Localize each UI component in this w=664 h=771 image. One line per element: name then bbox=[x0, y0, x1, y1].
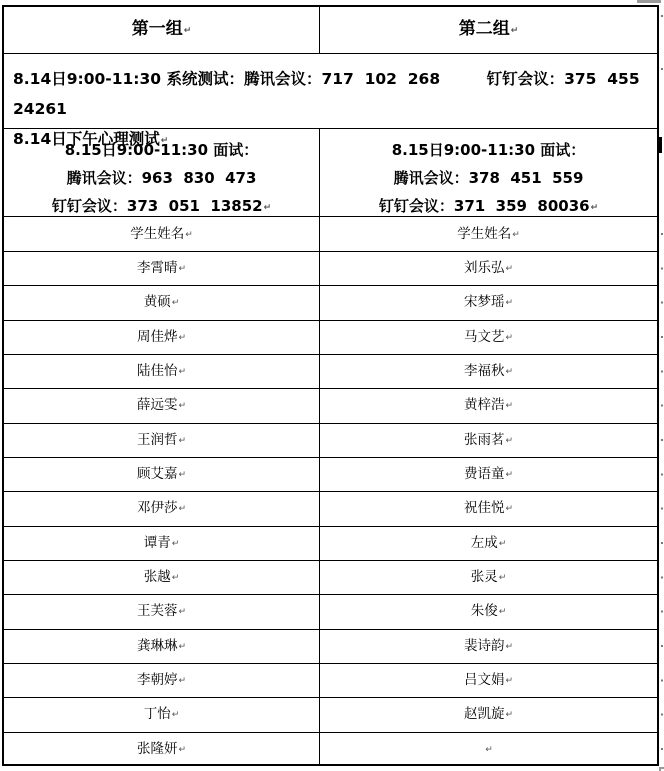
group2-header-cell[interactable]: 第二组↵ bbox=[319, 7, 657, 53]
paragraph-mark-icon: ↵ bbox=[499, 562, 507, 595]
paragraph-mark-icon: ↵ bbox=[172, 287, 180, 320]
student-name-cell[interactable]: 张灵↵ bbox=[319, 561, 657, 594]
student-name-cell[interactable]: 朱俊↵ bbox=[319, 595, 657, 628]
paragraph-mark-icon: ↵ bbox=[178, 631, 186, 664]
paragraph-mark-icon: ↵ bbox=[505, 322, 513, 355]
student-name-cell[interactable]: 裴诗韵↵ bbox=[319, 630, 657, 663]
group-header-row: 第一组↵ 第二组↵ bbox=[4, 7, 657, 53]
student-name-cell[interactable]: 顾艾嘉↵ bbox=[4, 458, 319, 491]
student-name-cell[interactable]: 邓伊莎↵ bbox=[4, 492, 319, 525]
group2-student-header-cell[interactable]: 学生姓名↵ bbox=[319, 217, 657, 251]
student-row: 王芙蓉↵ 朱俊↵ bbox=[4, 594, 657, 628]
group2-meeting-line-2: 腾讯会议：378 451 559 bbox=[320, 164, 657, 192]
paragraph-mark-icon: ↵ bbox=[505, 699, 513, 732]
student-name-cell[interactable]: 宋梦瑶↵ bbox=[319, 286, 657, 319]
paragraph-mark-icon: ↵ bbox=[511, 9, 519, 53]
student-name-cell[interactable]: 马文艺↵ bbox=[319, 321, 657, 354]
end-of-row-mark-icon bbox=[661, 15, 663, 17]
paragraph-mark-icon: ↵ bbox=[505, 425, 513, 458]
student-row: 张越↵ 张灵↵ bbox=[4, 560, 657, 594]
student-name-cell[interactable]: 王润哲↵ bbox=[4, 424, 319, 457]
paragraph-mark-icon: ↵ bbox=[512, 218, 520, 252]
student-name-cell[interactable]: 黄硕↵ bbox=[4, 286, 319, 319]
document-page: 第一组↵ 第二组↵ 8.14日9:00-11:30 系统测试：腾讯会议：717 … bbox=[0, 0, 664, 771]
end-of-row-marks bbox=[661, 233, 663, 766]
student-row: 薛远雯↵ 黄梓浩↵ bbox=[4, 388, 657, 422]
paragraph-mark-icon: ↵ bbox=[499, 528, 507, 561]
paragraph-mark-icon: ↵ bbox=[505, 390, 513, 423]
group2-meeting-cell[interactable]: 8.15日9:00-11:30 面试： 腾讯会议：378 451 559 钉钉会… bbox=[319, 129, 657, 216]
student-name-cell[interactable]: 周佳烨↵ bbox=[4, 321, 319, 354]
student-row: 李霄晴↵ 刘乐弘↵ bbox=[4, 251, 657, 285]
paragraph-mark-icon: ↵ bbox=[178, 356, 186, 389]
paragraph-mark-icon: ↵ bbox=[499, 596, 507, 629]
text-cursor bbox=[659, 137, 662, 153]
scrollbar-stub[interactable] bbox=[637, 0, 661, 3]
student-name-cell[interactable]: 祝佳悦↵ bbox=[319, 492, 657, 525]
paragraph-mark-icon: ↵ bbox=[485, 734, 493, 767]
group2-meeting-line-1: 8.15日9:00-11:30 面试： bbox=[320, 136, 657, 164]
student-row: 王润哲↵ 张雨茗↵ bbox=[4, 423, 657, 457]
student-name-cell[interactable]: 王芙蓉↵ bbox=[4, 595, 319, 628]
student-row: 龚琳琳↵ 裴诗韵↵ bbox=[4, 629, 657, 663]
paragraph-mark-icon: ↵ bbox=[505, 665, 513, 698]
student-name-cell[interactable]: 李霄晴↵ bbox=[4, 252, 319, 285]
student-name-cell[interactable]: 费语童↵ bbox=[319, 458, 657, 491]
student-name-cell[interactable]: 丁怡↵ bbox=[4, 698, 319, 731]
meeting-row: 8.15日9:00-11:30 面试： 腾讯会议：963 830 473 钉钉会… bbox=[4, 128, 657, 216]
notice-line-1: 8.14日9:00-11:30 系统测试：腾讯会议：717 102 268 钉钉… bbox=[4, 54, 657, 124]
paragraph-mark-icon: ↵ bbox=[505, 631, 513, 664]
student-name-cell[interactable]: 张雨茗↵ bbox=[319, 424, 657, 457]
student-row: 周佳烨↵ 马文艺↵ bbox=[4, 320, 657, 354]
student-name-cell[interactable]: 张隆妍↵ bbox=[4, 733, 319, 766]
student-name-cell[interactable]: 李朝婷↵ bbox=[4, 664, 319, 697]
paragraph-mark-icon: ↵ bbox=[178, 425, 186, 458]
group1-header-cell[interactable]: 第一组↵ bbox=[4, 7, 319, 53]
paragraph-mark-icon: ↵ bbox=[184, 9, 192, 53]
student-header-row: 学生姓名↵ 学生姓名↵ bbox=[4, 216, 657, 251]
student-row: 谭青↵ 左成↵ bbox=[4, 526, 657, 560]
student-name-cell-empty[interactable]: ↵ bbox=[319, 733, 657, 766]
student-name-cell[interactable]: 赵凯旋↵ bbox=[319, 698, 657, 731]
student-row: 张隆妍↵ ↵ bbox=[4, 732, 657, 766]
notice-cell[interactable]: 8.14日9:00-11:30 系统测试：腾讯会议：717 102 268 钉钉… bbox=[4, 54, 657, 128]
group1-meeting-line-2: 腾讯会议：963 830 473 bbox=[4, 164, 319, 192]
student-name-cell[interactable]: 左成↵ bbox=[319, 527, 657, 560]
student-row: 李朝婷↵ 吕文娟↵ bbox=[4, 663, 657, 697]
paragraph-mark-icon: ↵ bbox=[178, 253, 186, 286]
student-row: 陆佳怡↵ 李福秋↵ bbox=[4, 354, 657, 388]
student-row: 顾艾嘉↵ 费语童↵ bbox=[4, 457, 657, 491]
paragraph-mark-icon: ↵ bbox=[505, 493, 513, 526]
paragraph-mark-icon: ↵ bbox=[178, 596, 186, 629]
paragraph-mark-icon: ↵ bbox=[178, 322, 186, 355]
student-name-cell[interactable]: 陆佳怡↵ bbox=[4, 355, 319, 388]
corner-mark-icon bbox=[659, 767, 661, 771]
paragraph-mark-icon: ↵ bbox=[185, 218, 193, 252]
group1-student-header-cell[interactable]: 学生姓名↵ bbox=[4, 217, 319, 251]
student-name-cell[interactable]: 李福秋↵ bbox=[319, 355, 657, 388]
paragraph-mark-icon: ↵ bbox=[172, 528, 180, 561]
paragraph-mark-icon: ↵ bbox=[505, 253, 513, 286]
paragraph-mark-icon: ↵ bbox=[178, 665, 186, 698]
group1-label: 第一组 bbox=[132, 19, 183, 39]
group1-meeting-line-1: 8.15日9:00-11:30 面试： bbox=[4, 136, 319, 164]
paragraph-mark-icon: ↵ bbox=[178, 734, 186, 767]
paragraph-mark-icon: ↵ bbox=[505, 459, 513, 492]
end-of-row-mark-icon bbox=[661, 68, 663, 70]
schedule-table: 第一组↵ 第二组↵ 8.14日9:00-11:30 系统测试：腾讯会议：717 … bbox=[2, 5, 659, 766]
paragraph-mark-icon: ↵ bbox=[505, 356, 513, 389]
student-name-cell[interactable]: 张越↵ bbox=[4, 561, 319, 594]
student-name-cell[interactable]: 黄梓浩↵ bbox=[319, 389, 657, 422]
paragraph-mark-icon: ↵ bbox=[172, 699, 180, 732]
notice-row: 8.14日9:00-11:30 系统测试：腾讯会议：717 102 268 钉钉… bbox=[4, 53, 657, 128]
group1-meeting-cell[interactable]: 8.15日9:00-11:30 面试： 腾讯会议：963 830 473 钉钉会… bbox=[4, 129, 319, 216]
student-row: 邓伊莎↵ 祝佳悦↵ bbox=[4, 491, 657, 525]
paragraph-mark-icon: ↵ bbox=[178, 459, 186, 492]
paragraph-mark-icon: ↵ bbox=[178, 390, 186, 423]
student-name-cell[interactable]: 谭青↵ bbox=[4, 527, 319, 560]
student-row: 黄硕↵ 宋梦瑶↵ bbox=[4, 285, 657, 319]
student-name-cell[interactable]: 吕文娟↵ bbox=[319, 664, 657, 697]
student-name-cell[interactable]: 刘乐弘↵ bbox=[319, 252, 657, 285]
paragraph-mark-icon: ↵ bbox=[172, 562, 180, 595]
paragraph-mark-icon: ↵ bbox=[178, 493, 186, 526]
student-name-cell[interactable]: 龚琳琳↵ bbox=[4, 630, 319, 663]
group2-label: 第二组 bbox=[459, 19, 510, 39]
paragraph-mark-icon: ↵ bbox=[505, 287, 513, 320]
student-name-cell[interactable]: 薛远雯↵ bbox=[4, 389, 319, 422]
student-row: 丁怡↵ 赵凯旋↵ bbox=[4, 697, 657, 731]
